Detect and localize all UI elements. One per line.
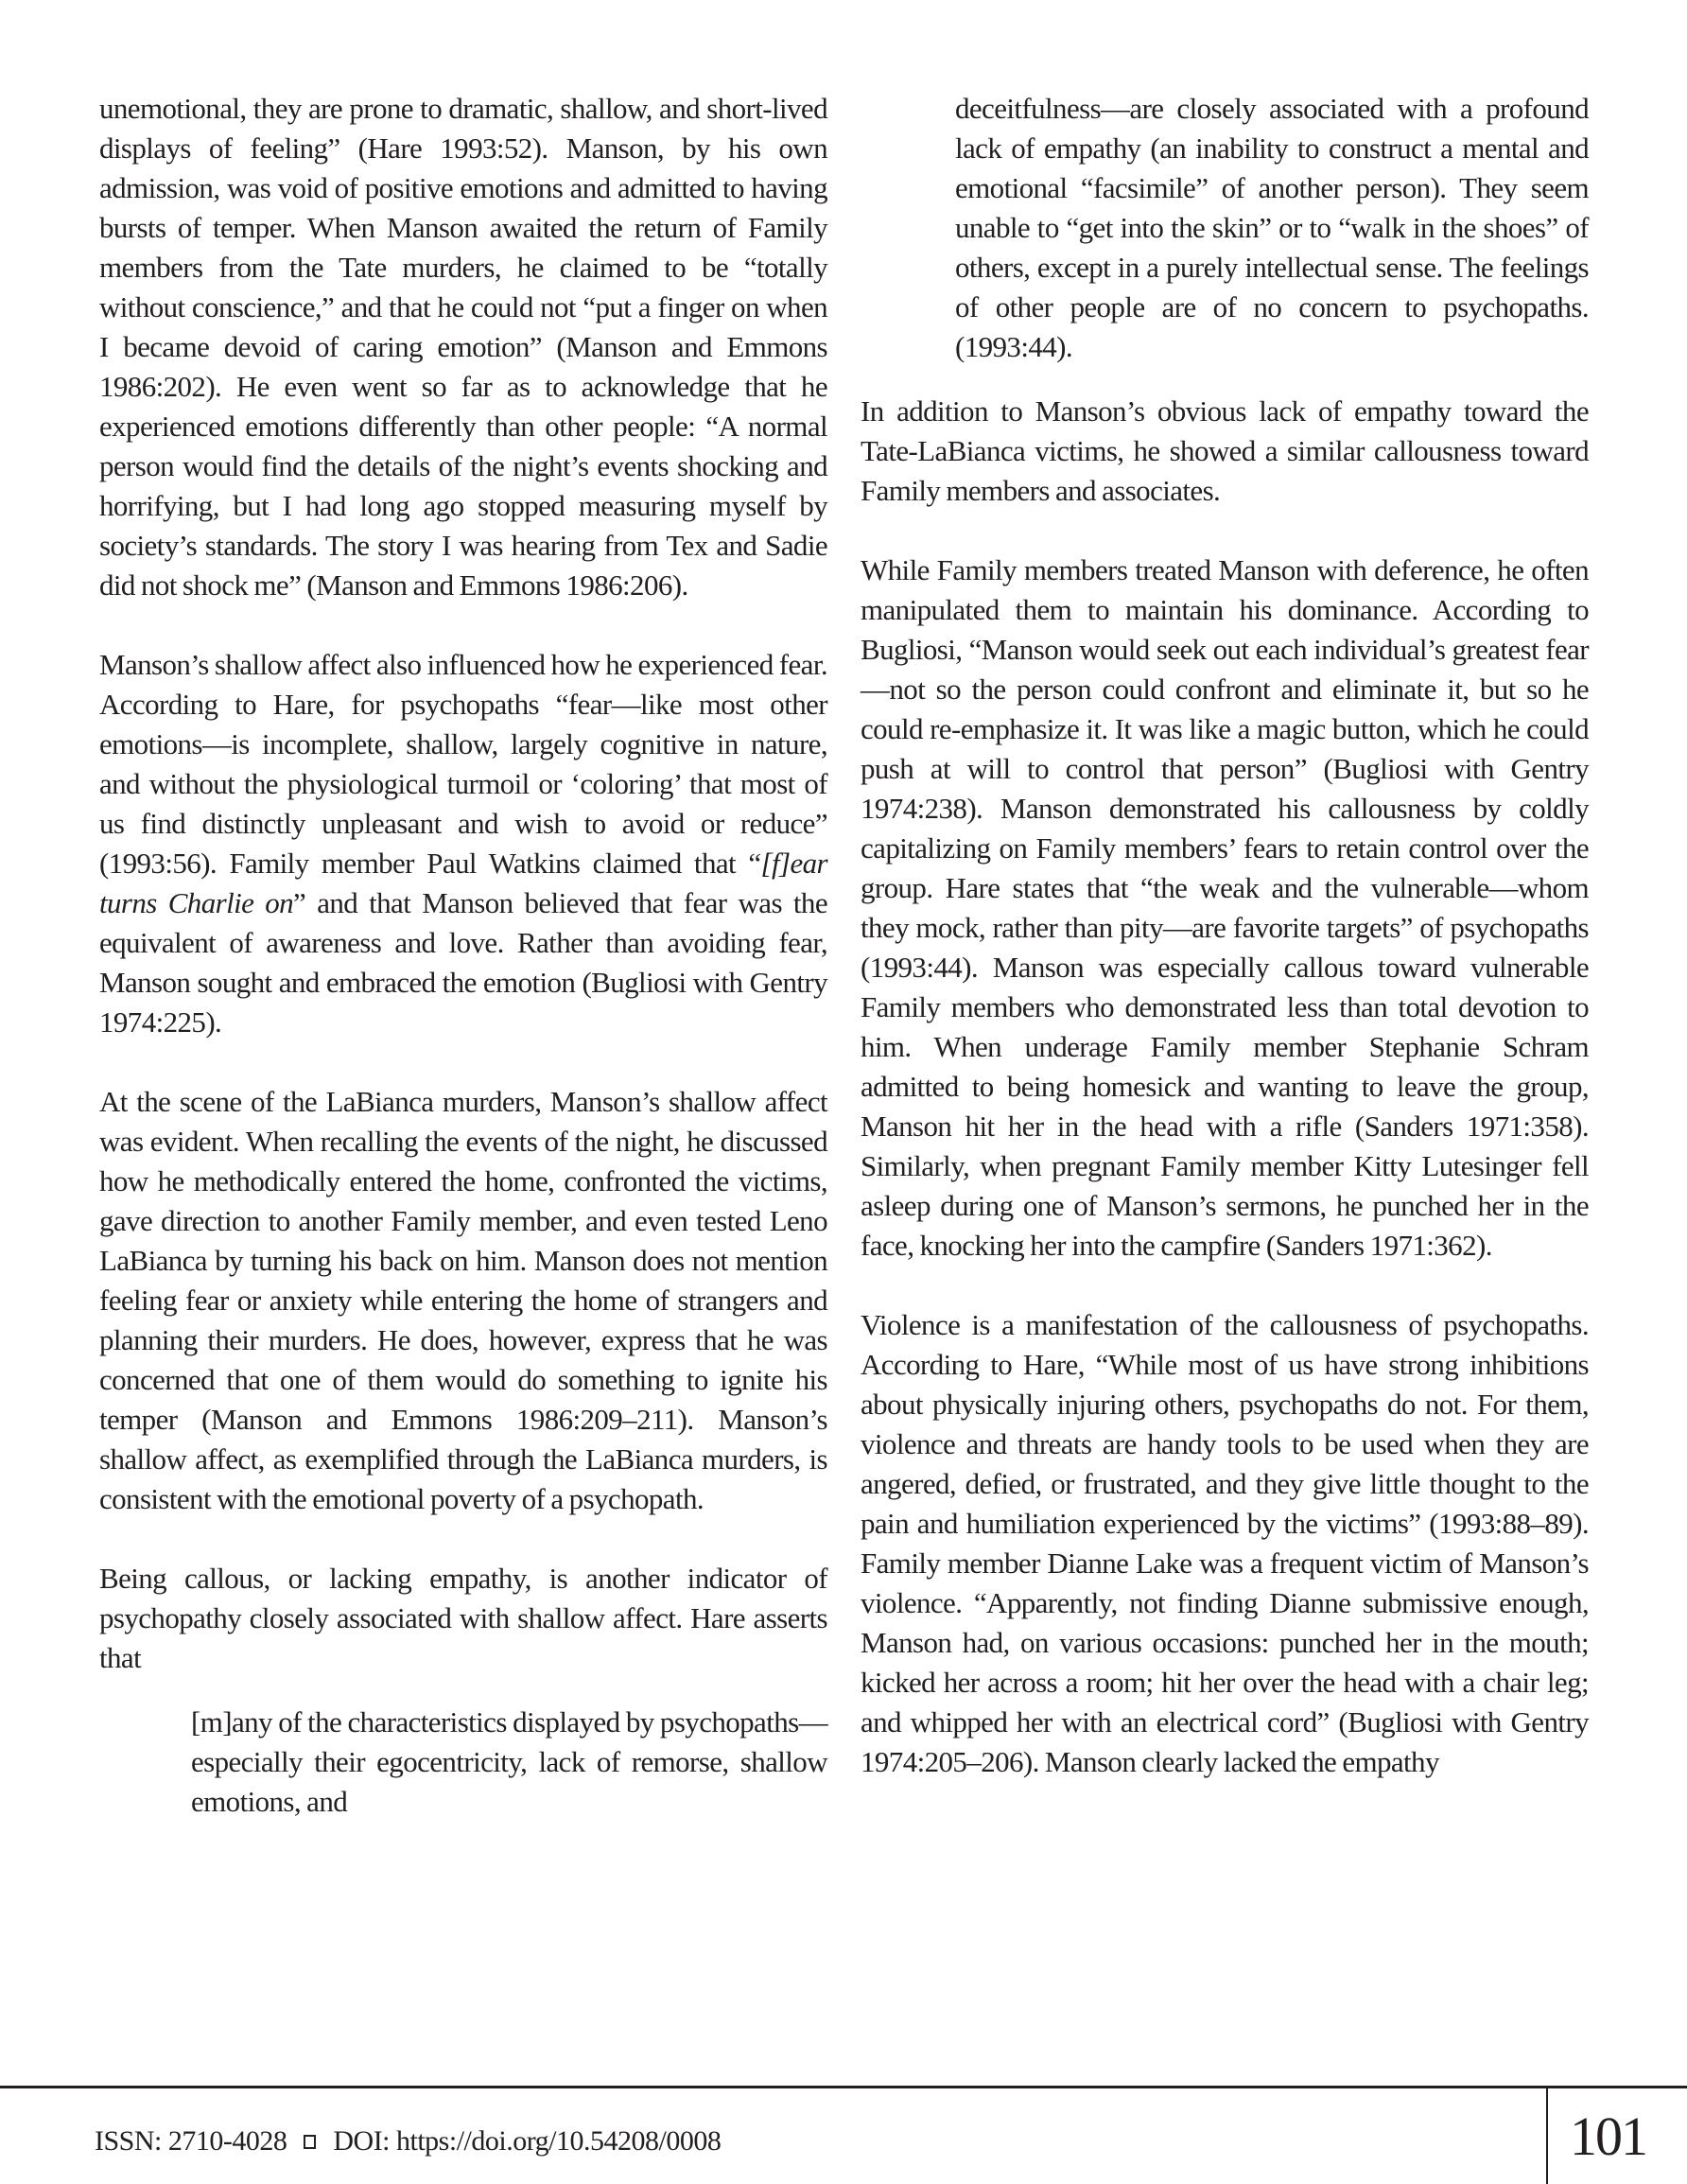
- footer-divider: [0, 2086, 1687, 2088]
- right-column: deceitfulness—are closely associated wit…: [861, 89, 1589, 1782]
- paragraph: In addition to Manson’s obvious lack of …: [861, 392, 1589, 511]
- paragraph: Manson’s shallow affect also influenced …: [99, 645, 827, 1042]
- square-separator-icon: [304, 2135, 316, 2149]
- footer: ISSN: 2710-4028 DOI: https://doi.org/10.…: [95, 2125, 721, 2158]
- block-quote-continued: deceitfulness—are closely associated wit…: [861, 89, 1589, 367]
- paragraph: Violence is a manifestation of the callo…: [861, 1305, 1589, 1782]
- page-number: 101: [1570, 2105, 1646, 2168]
- block-quote: [m]any of the characteristics displayed …: [99, 1703, 827, 1822]
- paragraph: Being callous, or lacking empathy, is an…: [99, 1559, 827, 1678]
- issn: ISSN: 2710-4028: [95, 2125, 287, 2158]
- doi-link[interactable]: DOI: https://doi.org/10.54208/0008: [333, 2125, 721, 2158]
- paragraph: While Family members treated Manson with…: [861, 550, 1589, 1266]
- footer-vertical-divider: [1546, 2088, 1548, 2184]
- left-column: unemotional, they are prone to dramatic,…: [99, 89, 827, 1822]
- paragraph: unemotional, they are prone to dramatic,…: [99, 89, 827, 605]
- paragraph: At the scene of the LaBianca murders, Ma…: [99, 1082, 827, 1519]
